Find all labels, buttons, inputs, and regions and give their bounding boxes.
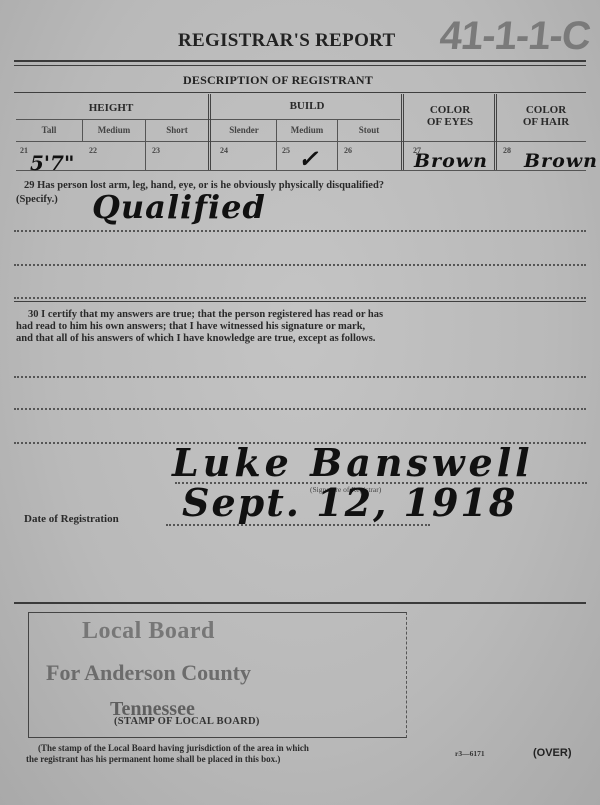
form-number: r3—6171 (455, 749, 485, 758)
col-label-tall: Tall (16, 125, 82, 135)
stamp-section-rule (14, 602, 586, 604)
answer-line (14, 297, 586, 299)
stamp-instructions-line2: the registrant has his permanent home sh… (26, 754, 406, 765)
section-rule (14, 301, 586, 302)
col-label-slender: Slender (212, 125, 276, 135)
col-label-short: Short (146, 125, 208, 135)
field-number: 23 (152, 146, 160, 155)
hair-group-header: COLOR OF HAIR (498, 104, 594, 128)
question-30-text: 30 I certify that my answers are true; t… (16, 309, 592, 345)
field-number: 25 (282, 146, 290, 155)
stamp-line-county: For Anderson County (46, 660, 251, 686)
eye-color-value: Brown (414, 150, 488, 172)
section-subtitle: DESCRIPTION OF REGISTRANT (183, 73, 373, 88)
column-label-rule (16, 141, 586, 142)
title-rule-top (14, 60, 586, 62)
height-tall-value: 5'7" (30, 151, 74, 175)
hair-color-value: Brown (524, 150, 598, 172)
registration-date-label: Date of Registration (24, 513, 119, 525)
question-30-line3: and that all of his answers of which I h… (16, 333, 592, 345)
answer-line (14, 264, 586, 266)
stamp-line-local-board: Local Board (82, 618, 215, 645)
stamp-caption: (STAMP OF LOCAL BOARD) (114, 716, 260, 727)
registrar-signature: Luke Banswell (172, 440, 534, 485)
question-29-answer: Qualified (92, 188, 266, 226)
over-indicator: (OVER) (533, 747, 572, 759)
exception-line (14, 376, 586, 378)
col-label-build-medium: Medium (277, 125, 337, 135)
col-label-height-medium: Medium (83, 125, 145, 135)
question-30-line1: 30 I certify that my answers are true; t… (16, 309, 592, 321)
question-30-line2: had read to him his own answers; that I … (16, 321, 592, 333)
field-number: 21 (20, 146, 28, 155)
stamped-serial-number: 41-1-1-C (438, 14, 593, 59)
hair-header-line1: COLOR (498, 104, 594, 116)
question-29-specify: (Specify.) (16, 194, 58, 206)
stamp-instructions-line1: (The stamp of the Local Board having jur… (26, 743, 406, 754)
divider (208, 94, 211, 170)
build-group-header: BUILD (214, 100, 400, 112)
eyes-group-header: COLOR OF EYES (404, 104, 496, 128)
answer-line (14, 230, 586, 232)
divider (401, 94, 404, 170)
title-rule-bottom (14, 65, 586, 66)
build-medium-checkmark: ✓ (298, 144, 318, 173)
divider (494, 94, 497, 170)
subtitle-rule (14, 92, 586, 93)
exception-line (14, 408, 586, 410)
page-title: REGISTRAR'S REPORT (178, 30, 395, 52)
field-number: 26 (344, 146, 352, 155)
stamp-instructions: (The stamp of the Local Board having jur… (26, 743, 406, 765)
col-label-stout: Stout (338, 125, 400, 135)
field-number: 28 (503, 146, 511, 155)
registration-date-value: Sept. 12, 1918 (182, 480, 517, 525)
eyes-header-line2: OF EYES (404, 116, 496, 128)
eyes-header-line1: COLOR (404, 104, 496, 116)
draft-registration-card-back: REGISTRAR'S REPORT 41-1-1-C DESCRIPTION … (0, 0, 600, 805)
field-number: 22 (89, 146, 97, 155)
height-group-header: HEIGHT (16, 102, 206, 114)
hair-header-line2: OF HAIR (498, 116, 594, 128)
field-number: 24 (220, 146, 228, 155)
